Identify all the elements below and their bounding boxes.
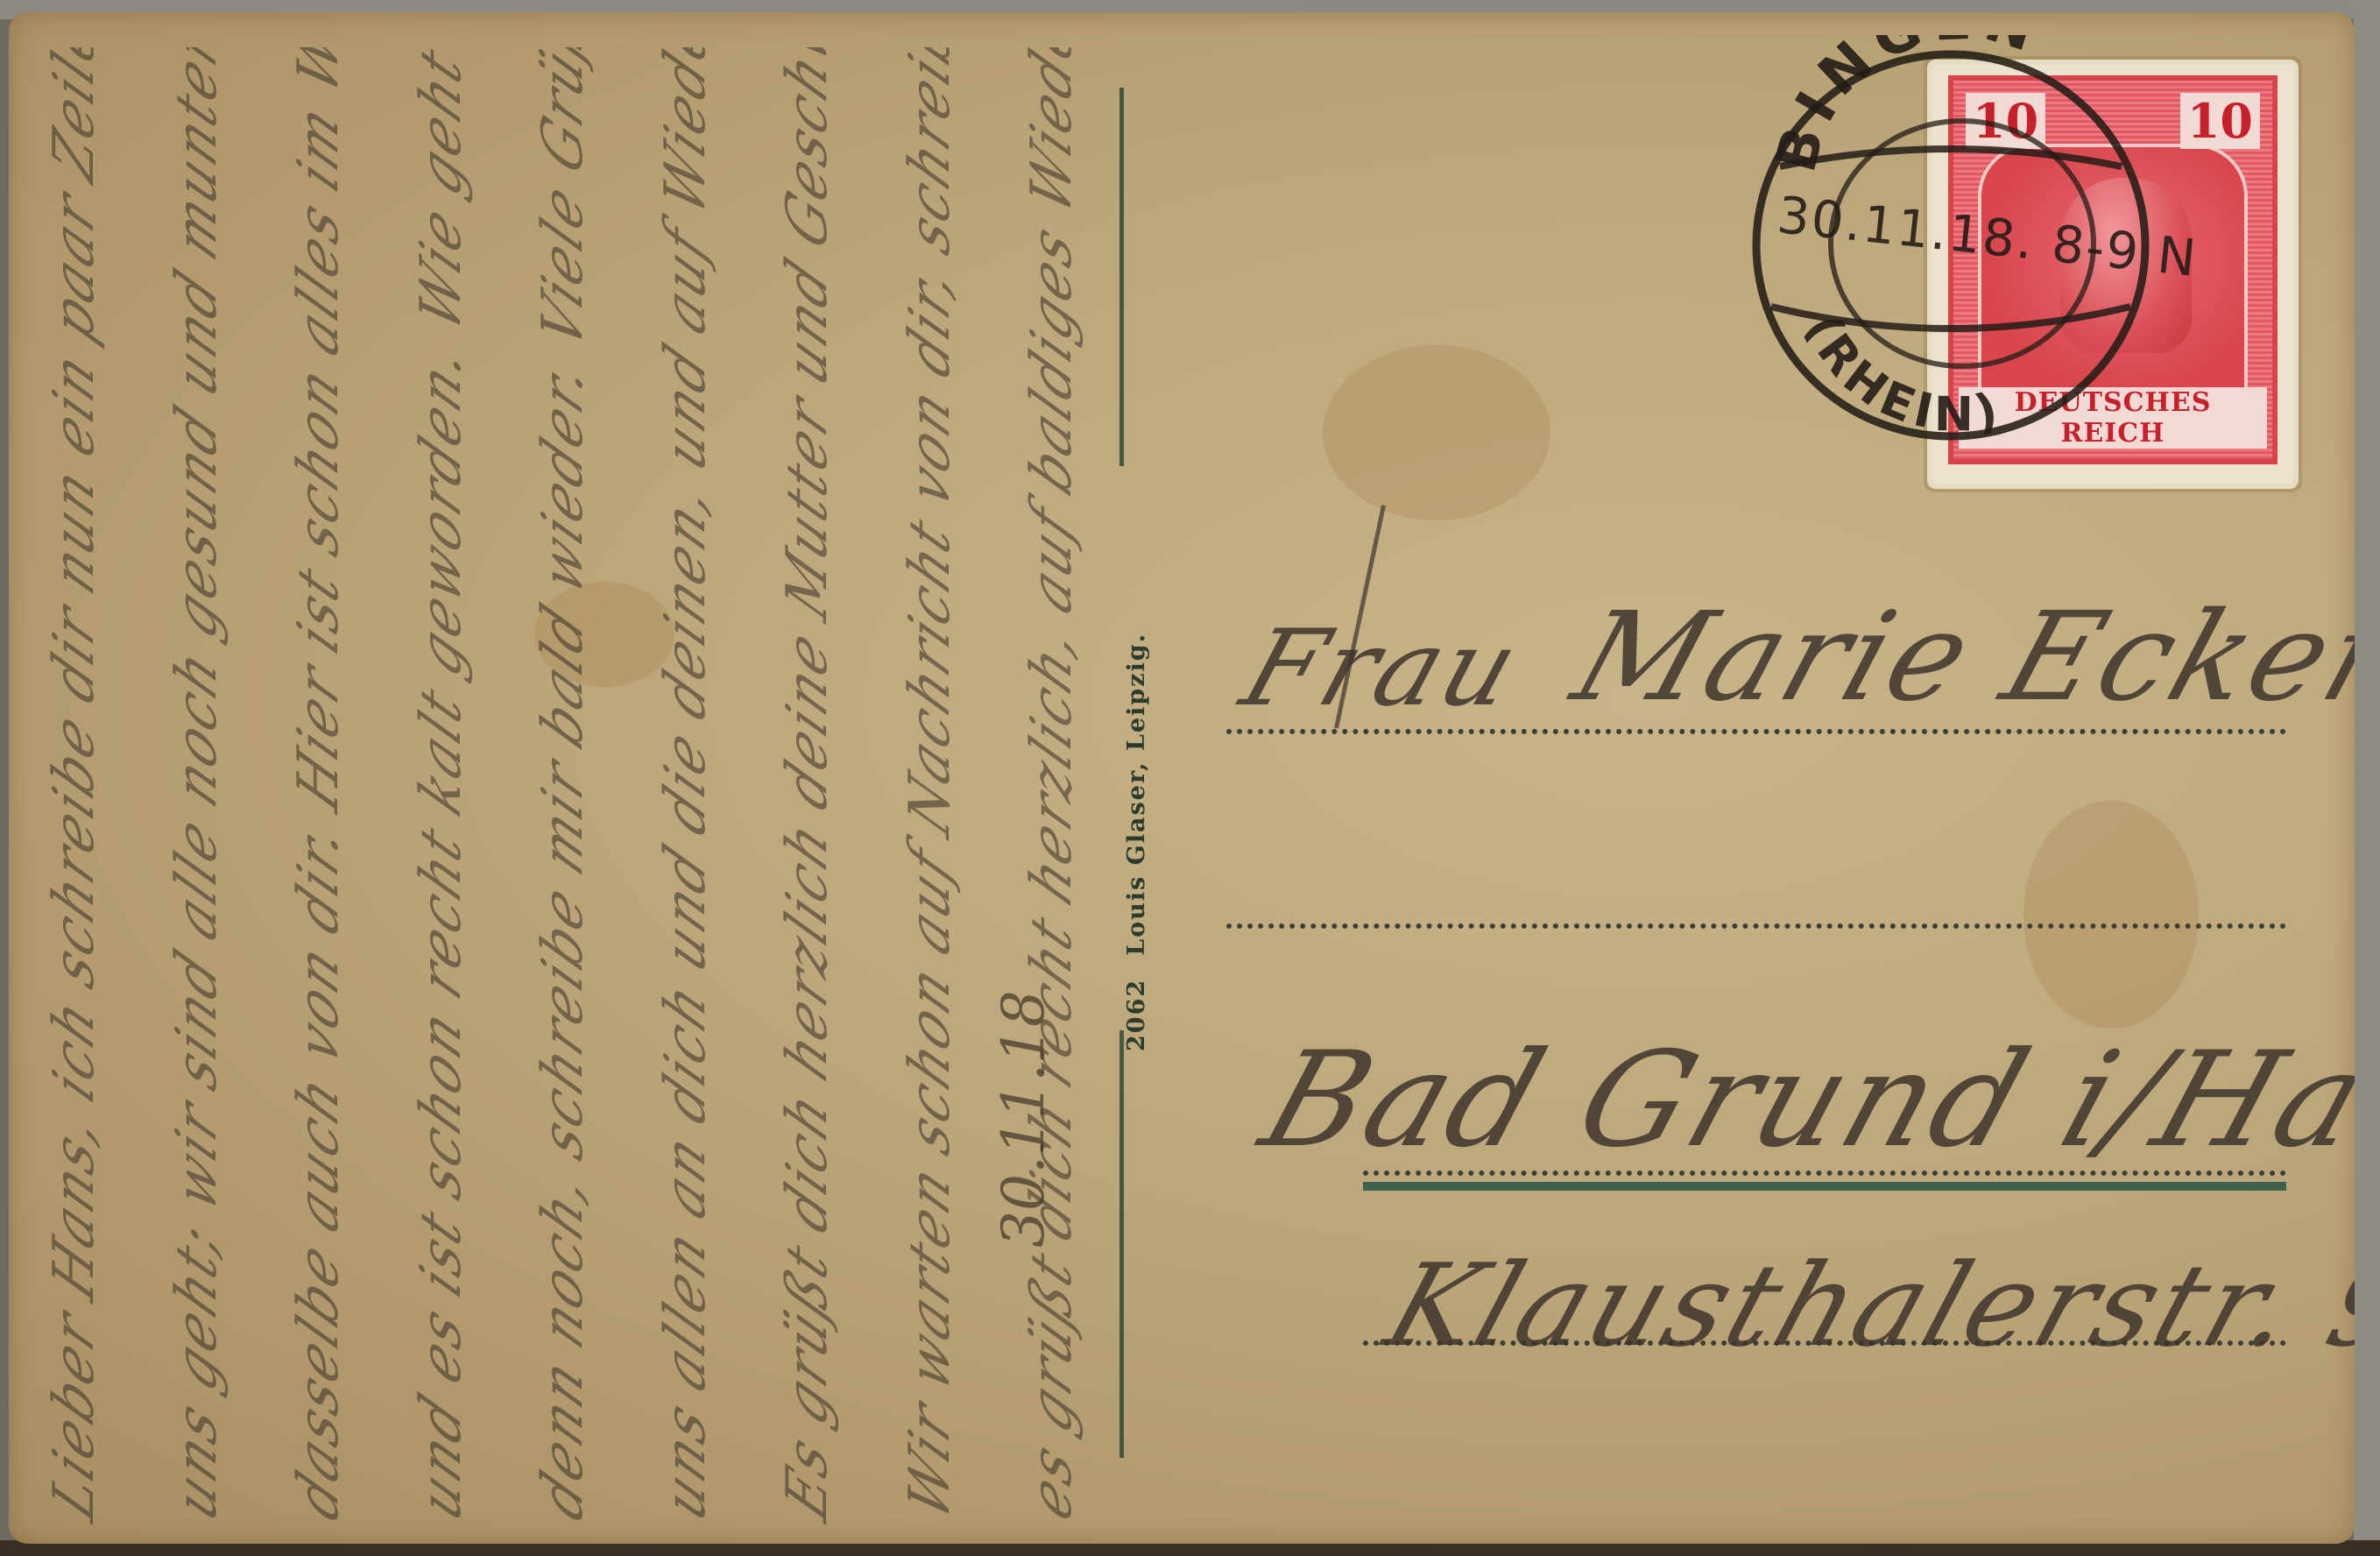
message-line: uns allen an dich und die deinen, und au… bbox=[658, 47, 714, 1528]
svg-text:BINGEN: BINGEN bbox=[1763, 35, 2049, 179]
printer-imprint: 2062 Louis Glaser, Leipzig. bbox=[1123, 633, 1150, 1051]
postcard: Lieber Hans, ich schreibe dir nun ein pa… bbox=[9, 12, 2355, 1544]
address-city: Bad Grund i/Harz bbox=[1246, 1024, 2355, 1177]
postmark-town: BINGEN bbox=[1763, 35, 2049, 179]
address-salutation: Frau bbox=[1228, 608, 1536, 730]
message-line: Lieber Hans, ich schreibe dir nun ein pa… bbox=[46, 47, 102, 1528]
message-line: Es grüßt dich herzlich deine Mutter und … bbox=[780, 47, 836, 1528]
message-line: denn noch, schreibe mir bald wieder. Vie… bbox=[535, 47, 591, 1528]
message-area: Lieber Hans, ich schreibe dir nun ein pa… bbox=[25, 47, 1102, 1528]
paper-stain bbox=[1323, 345, 1550, 520]
imprint-publisher: Louis Glaser, Leipzig. bbox=[1123, 633, 1150, 956]
imprint-number: 2062 bbox=[1123, 979, 1150, 1051]
divider-line-top bbox=[1119, 88, 1124, 466]
message-line: es grüßt dich recht herzlich, auf baldig… bbox=[1024, 47, 1080, 1528]
address-line-2 bbox=[1226, 923, 2286, 929]
address-underline-bar bbox=[1363, 1182, 2286, 1191]
message-text: Lieber Hans, ich schreibe dir nun ein pa… bbox=[38, 60, 1089, 1515]
address-recipient-name: Marie Eckert bbox=[1558, 586, 2355, 729]
message-line: Wir warten schon auf Nachricht von dir, … bbox=[902, 47, 958, 1528]
message-line: dasselbe auch von dir. Hier ist schon al… bbox=[291, 47, 347, 1528]
message-date: 30.11.18 bbox=[990, 990, 1057, 1248]
background-right bbox=[2354, 0, 2380, 1556]
message-line: uns geht; wir sind alle noch gesund und … bbox=[169, 47, 225, 1528]
stamp-value-right: 10 bbox=[2180, 93, 2260, 149]
divider-line-bottom bbox=[1119, 1030, 1124, 1458]
message-line: und es ist schon recht kalt geworden. Wi… bbox=[413, 47, 470, 1528]
paper-stain bbox=[2023, 801, 2199, 1029]
postmark: BINGEN (RHEIN) 30.11.18. 8-9 N bbox=[1745, 35, 2157, 447]
address-street: Klausthalerstr. 93 bbox=[1371, 1239, 2355, 1372]
